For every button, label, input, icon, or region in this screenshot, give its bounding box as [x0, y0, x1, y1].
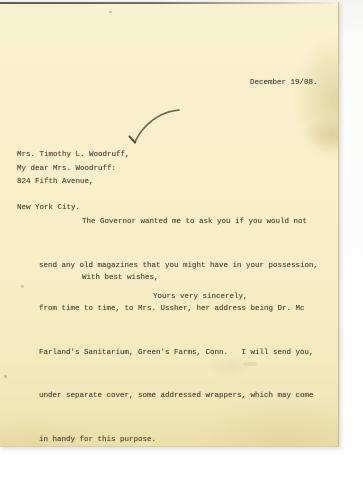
- body-line: from time to time, to Mrs. Ussher, her a…: [39, 302, 318, 317]
- salutation-line: My dear Mrs. Woodruff:: [17, 165, 116, 173]
- scanned-letter-scene: December 19/08. Mrs. Timothy L. Woodruff…: [0, 0, 363, 500]
- paper-speck: [21, 285, 24, 288]
- checkmark-icon: [126, 109, 182, 147]
- paper-top-edge-shadow: [0, 2, 339, 4]
- paper-speck: [4, 375, 7, 378]
- body-line: under separate cover, some addressed wra…: [39, 389, 318, 404]
- signoff-line: Yours very sincerely,: [153, 293, 248, 301]
- closing-line: With best wishes,: [82, 274, 159, 282]
- letter-paper: December 19/08. Mrs. Timothy L. Woodruff…: [0, 2, 339, 447]
- body-line: send any old magazines that you might ha…: [39, 259, 318, 274]
- body-line: Farland's Sanitarium, Green's Farms, Con…: [39, 346, 318, 361]
- letter-date: December 19/08.: [250, 79, 318, 87]
- body-line: in handy for this purpose.: [39, 433, 318, 448]
- letter-body: The Governor wanted me to ask you if you…: [39, 186, 318, 476]
- body-line: The Governor wanted me to ask you if you…: [39, 215, 318, 230]
- paper-speck: [109, 11, 112, 13]
- recipient-street-line: 824 Fifth Avenue,: [17, 178, 130, 187]
- recipient-name-line: Mrs. Timothy L. Woodruff,: [17, 151, 130, 160]
